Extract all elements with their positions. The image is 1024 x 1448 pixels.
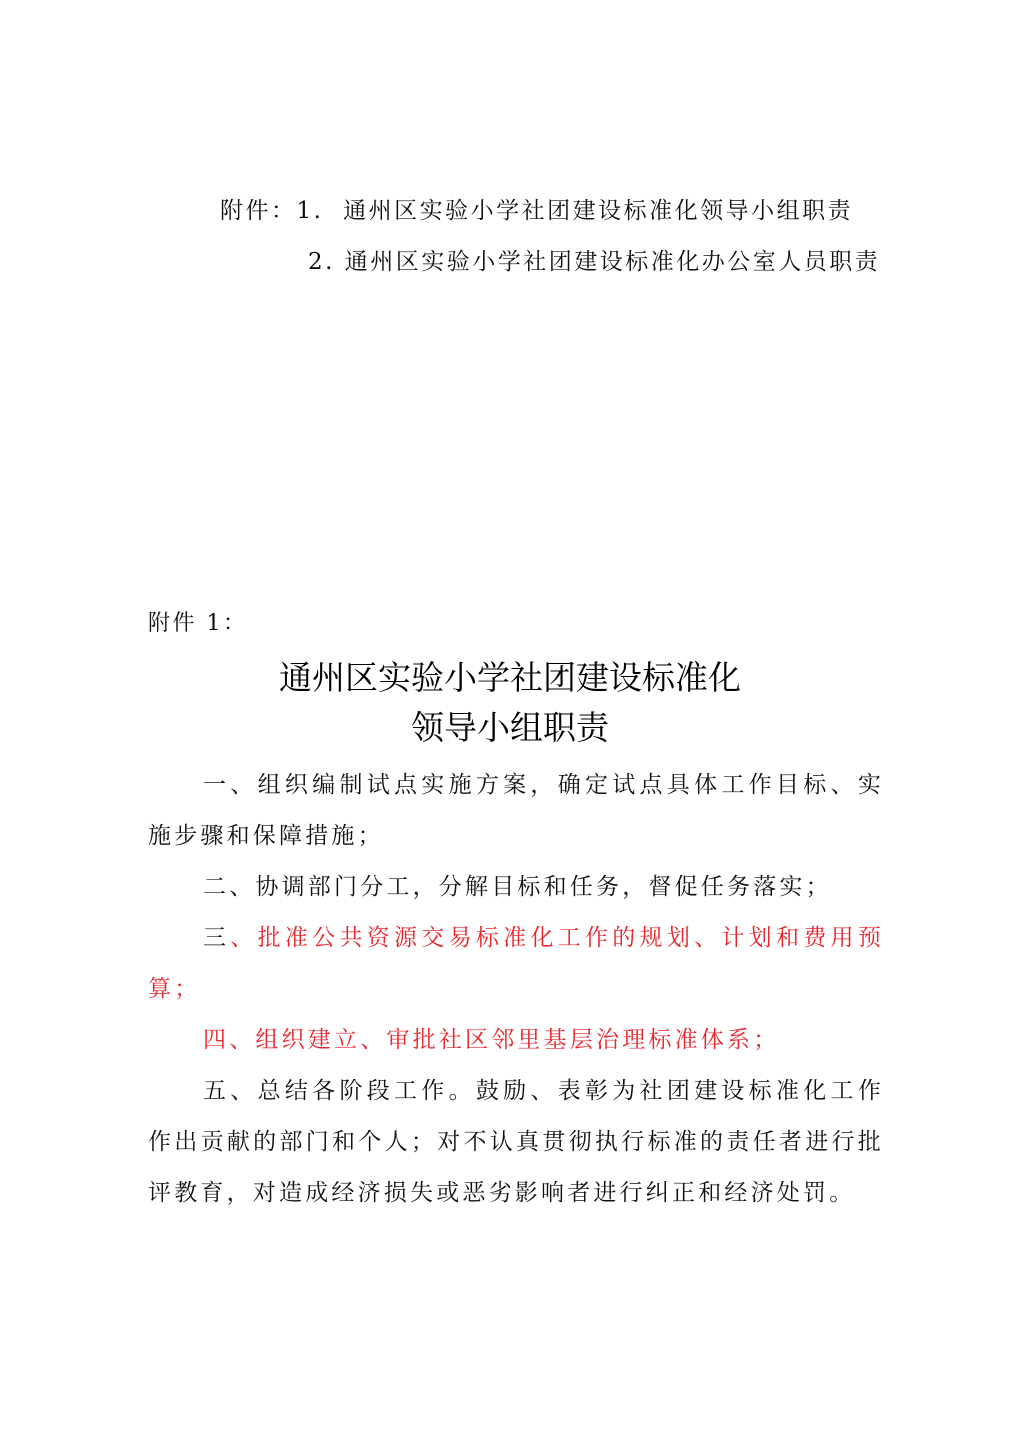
paragraph-text: 组织编制试点实施方案，确定试点具体工作目标、实施步骤和保障措施； <box>148 772 884 849</box>
attachment-title: 通州区实验小学社团建设标准化领导小组职责 <box>343 198 853 224</box>
paragraph-number: 一 <box>203 772 230 798</box>
highlighted-paragraph-text: 批准公共资源交易标准化工作的规划、计划和费用预算； <box>148 925 884 1002</box>
duty-paragraph-3: 三、批准公共资源交易标准化工作的规划、计划和费用预算； <box>148 913 884 1015</box>
paragraph-separator: 、 <box>229 1027 255 1053</box>
attachment-prefix: 附件： <box>220 198 297 224</box>
section-label: 附件 1： <box>148 606 248 637</box>
paragraph-number: 四 <box>203 1027 229 1053</box>
attachment-title: 通州区实验小学社团建设标准化办公室人员职责 <box>345 249 881 275</box>
paragraph-separator: 、 <box>230 1078 257 1104</box>
paragraph-separator: 、 <box>230 772 257 798</box>
duty-paragraph-5: 五、总结各阶段工作。鼓励、表彰为社团建设标准化工作作出贡献的部门和个人；对不认真… <box>148 1066 884 1219</box>
attachment-number: 1. <box>297 198 324 224</box>
paragraph-separator: 、 <box>229 874 255 900</box>
paragraph-number: 三 <box>203 925 230 951</box>
section-title-line-1: 通州区实验小学社团建设标准化 <box>0 652 1022 699</box>
paragraph-number: 二 <box>203 874 229 900</box>
paragraph-text: 协调部门分工，分解目标和任务，督促任务落实； <box>255 874 831 900</box>
highlighted-paragraph-text: 组织建立、审批社区邻里基层治理标准体系； <box>255 1027 779 1053</box>
paragraph-separator: 、 <box>230 925 257 951</box>
attachment-item-1: 附件：1. 通州区实验小学社团建设标准化领导小组职责 <box>220 192 853 225</box>
duty-paragraph-2: 二、协调部门分工，分解目标和任务，督促任务落实； <box>148 862 884 913</box>
paragraph-number: 五 <box>203 1078 230 1104</box>
duty-paragraph-1: 一、组织编制试点实施方案，确定试点具体工作目标、实施步骤和保障措施； <box>148 760 884 862</box>
attachment-number: 2. <box>308 249 335 275</box>
duty-paragraph-4: 四、组织建立、审批社区邻里基层治理标准体系； <box>148 1015 884 1066</box>
section-title-line-2: 领导小组职责 <box>0 702 1022 749</box>
attachment-item-2: 2. 通州区实验小学社团建设标准化办公室人员职责 <box>308 243 880 276</box>
paragraph-text: 总结各阶段工作。鼓励、表彰为社团建设标准化工作作出贡献的部门和个人；对不认真贯彻… <box>148 1078 884 1206</box>
